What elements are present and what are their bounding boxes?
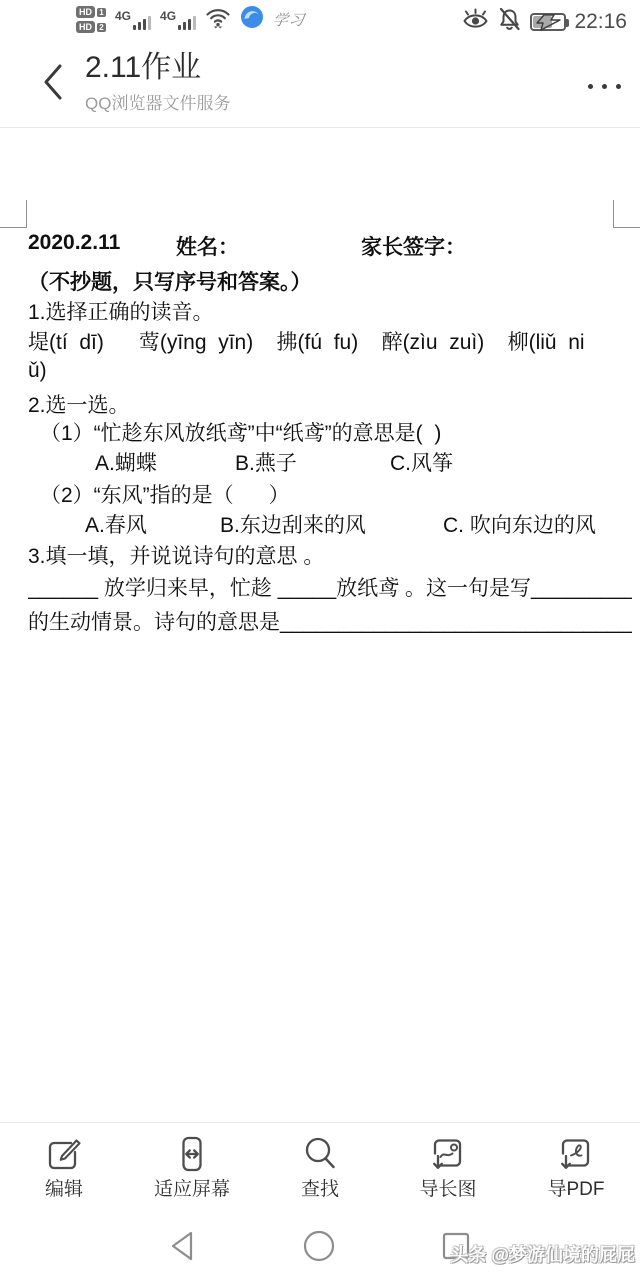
tool-label: 查找 bbox=[301, 1180, 339, 1200]
search-icon bbox=[299, 1133, 341, 1175]
tool-label: 导PDF bbox=[547, 1180, 604, 1200]
tool-label: 适应屏幕 bbox=[154, 1180, 230, 1200]
signal-sim2-icon: 4G bbox=[160, 7, 196, 33]
doc-sign-label: 家长签字： bbox=[361, 231, 466, 261]
doc-q1-title: 1.选择正确的读音。 bbox=[28, 296, 632, 326]
edit-button[interactable]: 编辑 bbox=[0, 1123, 128, 1212]
bottom-toolbar: 编辑 适应屏幕 查找 导长图 bbox=[0, 1122, 640, 1212]
study-mode-label: 学习 bbox=[272, 9, 307, 30]
find-button[interactable]: 查找 bbox=[256, 1123, 384, 1212]
signal-sim1-icon: 4G bbox=[115, 7, 151, 33]
option-a: A.蝴蝶 bbox=[95, 447, 157, 477]
page-title: 2.11作业 bbox=[85, 50, 230, 86]
doc-name-label: 姓名： bbox=[176, 231, 239, 261]
nav-back-button[interactable] bbox=[160, 1224, 204, 1268]
tool-label: 导长图 bbox=[419, 1180, 476, 1200]
edit-icon bbox=[43, 1133, 85, 1175]
option-c: C. 吹向东边的风 bbox=[443, 509, 596, 539]
document-page[interactable]: 2020.2.11 姓名： 家长签字： （不抄题，只写序号和答案。） 1.选择正… bbox=[0, 128, 640, 1122]
hd-chip: HD bbox=[76, 6, 95, 18]
fit-screen-button[interactable]: 适应屏幕 bbox=[128, 1123, 256, 1212]
nav-back-triangle-icon bbox=[167, 1229, 197, 1263]
option-c: C.风筝 bbox=[390, 447, 453, 477]
option-b: B.燕子 bbox=[235, 447, 297, 477]
status-bar: HD 1 HD 2 4G 4G bbox=[0, 0, 640, 42]
qq-browser-notification-icon bbox=[240, 5, 264, 34]
page-corner-mark-left bbox=[0, 200, 27, 228]
tool-label: 编辑 bbox=[45, 1180, 83, 1200]
doc-q3-title: 3.填一填，并说说诗句的意思 。 bbox=[28, 540, 632, 570]
nav-home-circle-icon bbox=[301, 1228, 337, 1264]
doc-q3-fill-line1: ______ 放学归来早，忙趁 _____放纸鸢 。这一句是写_________… bbox=[28, 572, 632, 602]
doc-note-line: （不抄题，只写序号和答案。） bbox=[28, 266, 632, 296]
page-subtitle: QQ浏览器文件服务 bbox=[85, 89, 230, 114]
doc-q2-sub1: （1）“忙趁东风放纸鸢”中“纸鸢”的意思是( ) bbox=[40, 417, 640, 447]
export-pdf-icon bbox=[555, 1133, 597, 1175]
hd-sim2-icon: HD 2 bbox=[76, 21, 106, 33]
page-corner-mark-right bbox=[613, 200, 640, 228]
status-bar-left: HD 1 HD 2 4G 4G bbox=[76, 5, 305, 34]
eye-comfort-icon bbox=[462, 6, 489, 37]
export-long-image-icon bbox=[427, 1133, 469, 1175]
doc-date: 2020.2.11 bbox=[28, 231, 120, 255]
option-b: B.东边刮来的风 bbox=[220, 509, 366, 539]
more-menu-button[interactable] bbox=[576, 70, 632, 102]
dot bbox=[602, 84, 607, 89]
notifications-off-icon bbox=[497, 6, 522, 37]
watermark: 头条 @梦游仙境的屁屁 bbox=[450, 1241, 635, 1267]
doc-q2-title: 2.选一选。 bbox=[28, 389, 632, 419]
battery-charging-icon bbox=[530, 13, 566, 31]
export-pdf-button[interactable]: 导PDF bbox=[512, 1123, 640, 1212]
hd-sim1-icon: HD 1 bbox=[76, 6, 106, 18]
back-button[interactable] bbox=[36, 58, 70, 106]
dot bbox=[616, 84, 621, 89]
wifi-icon bbox=[205, 5, 231, 34]
dot bbox=[588, 84, 593, 89]
clock-time: 22:16 bbox=[574, 10, 627, 34]
nav-home-button[interactable] bbox=[297, 1224, 341, 1268]
chevron-left-icon bbox=[42, 62, 64, 102]
signal-bars-icon bbox=[133, 16, 151, 30]
hd-chip: HD bbox=[76, 21, 95, 33]
phone-screen: HD 1 HD 2 4G 4G bbox=[0, 0, 640, 1280]
signal-bars-icon bbox=[178, 16, 196, 30]
volte-hd-indicators: HD 1 HD 2 bbox=[76, 6, 106, 33]
option-a: A.春风 bbox=[85, 509, 147, 539]
doc-q2-sub2: （2）“东风”指的是（ ） bbox=[40, 479, 640, 509]
export-long-image-button[interactable]: 导长图 bbox=[384, 1123, 512, 1212]
document-header: 2.11作业 QQ浏览器文件服务 bbox=[0, 42, 640, 127]
fit-screen-icon bbox=[171, 1133, 213, 1175]
title-block: 2.11作业 QQ浏览器文件服务 bbox=[85, 50, 230, 114]
doc-q1-pinyin-line1: 堤(tí dī) 莺(yīng yīn) 拂(fú fu) 醉(zìu zuì)… bbox=[28, 326, 632, 356]
status-bar-right: 22:16 bbox=[462, 6, 627, 37]
doc-q1-pinyin-line2: ǔ) bbox=[28, 359, 632, 383]
doc-q3-fill-line2: 的生动情景。诗句的意思是____________________________… bbox=[28, 606, 632, 636]
